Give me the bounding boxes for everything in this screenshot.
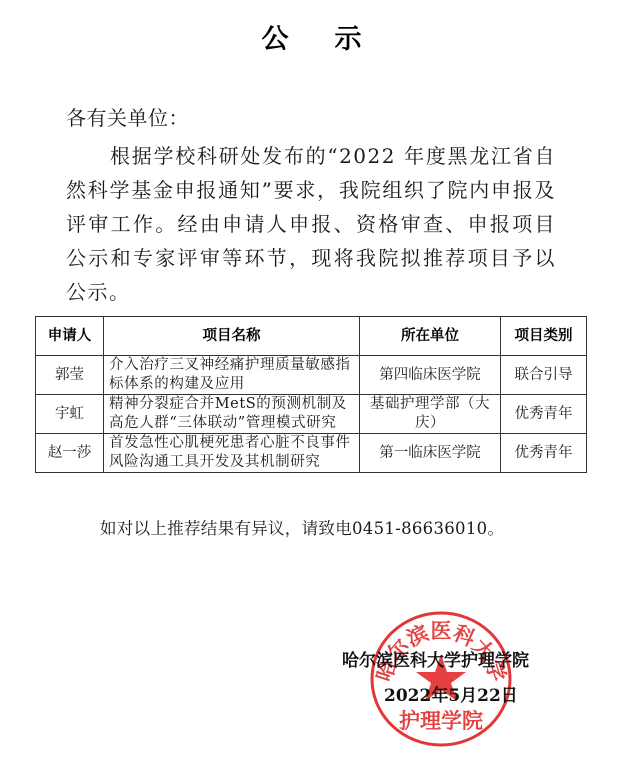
table-row: 赵一莎 首发急性心肌梗死患者心脏不良事件风险沟通工具开发及其机制研究 第一临床医… [36, 434, 587, 473]
official-seal-icon: 哈尔滨医科大学 护理学院 [369, 610, 513, 748]
cell-applicant: 郭莹 [36, 356, 104, 395]
cell-applicant: 赵一莎 [36, 434, 104, 473]
body-paragraph: 根据学校科研处发布的“2022 年度黑龙江省自然科学基金申报通知”要求，我院组织… [66, 139, 556, 309]
page-title: 公示 [0, 22, 623, 58]
signature-date: 2022年5月22日 [384, 684, 518, 708]
cell-category: 优秀青年 [501, 434, 587, 473]
table-row: 郭莹 介入治疗三叉神经痛护理质量敏感指标体系的构建及应用 第四临床医学院 联合引… [36, 356, 587, 395]
header-applicant: 申请人 [36, 317, 104, 356]
header-project-name: 项目名称 [104, 317, 360, 356]
cell-unit: 第四临床医学院 [360, 356, 501, 395]
cell-category: 优秀青年 [501, 395, 587, 434]
title-char-1: 公 [262, 22, 289, 58]
contact-line: 如对以上推荐结果有异议，请致电0451-86636010。 [100, 517, 504, 541]
cell-project-name: 精神分裂症合并MetS的预测机制及高危人群“三体联动”管理模式研究 [104, 395, 360, 434]
cell-project-name: 介入治疗三叉神经痛护理质量敏感指标体系的构建及应用 [104, 356, 360, 395]
cell-applicant: 宇虹 [36, 395, 104, 434]
header-unit: 所在单位 [360, 317, 501, 356]
cell-category: 联合引导 [501, 356, 587, 395]
table-row: 宇虹 精神分裂症合并MetS的预测机制及高危人群“三体联动”管理模式研究 基础护… [36, 395, 587, 434]
table-header-row: 申请人 项目名称 所在单位 项目类别 [36, 317, 587, 356]
cell-project-name: 首发急性心肌梗死患者心脏不良事件风险沟通工具开发及其机制研究 [104, 434, 360, 473]
cell-unit: 第一临床医学院 [360, 434, 501, 473]
salutation: 各有关单位： [66, 104, 189, 132]
cell-unit: 基础护理学部（大庆） [360, 395, 501, 434]
header-category: 项目类别 [501, 317, 587, 356]
stamp-bottom-text: 护理学院 [399, 709, 483, 733]
title-char-2: 示 [335, 22, 362, 58]
signature-org: 哈尔滨医科大学护理学院 [342, 649, 529, 673]
recommended-projects-table: 申请人 项目名称 所在单位 项目类别 郭莹 介入治疗三叉神经痛护理质量敏感指标体… [35, 316, 587, 473]
